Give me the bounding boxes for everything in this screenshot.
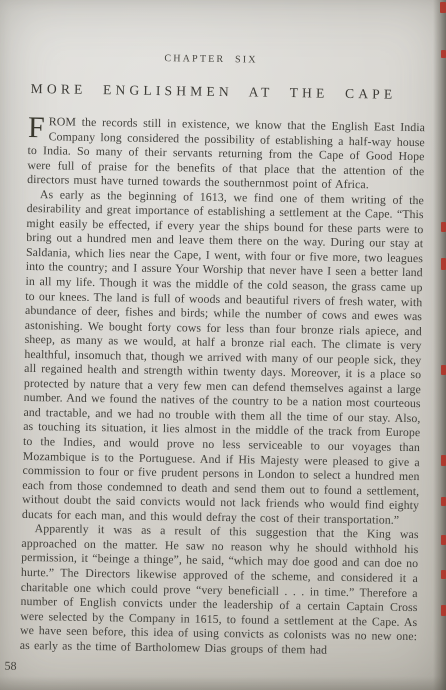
red-edge-mark bbox=[441, 365, 446, 375]
paragraph: As early as the beginning of 1613, we fi… bbox=[22, 187, 424, 528]
chapter-heading: CHAPTER SIX bbox=[0, 50, 423, 69]
red-edge-mark bbox=[441, 258, 446, 270]
book-page-photo: CHAPTER SIX MORE ENGLISHMEN AT THE CAPE … bbox=[0, 0, 446, 690]
red-edge-mark bbox=[441, 50, 446, 58]
body-text: FROM the records still in existence, we … bbox=[20, 114, 425, 658]
red-edge-mark bbox=[441, 570, 446, 579]
paragraph: Apparently it was as a result of this su… bbox=[20, 521, 419, 658]
red-edge-mark bbox=[441, 497, 446, 506]
page-number: 58 bbox=[4, 659, 16, 674]
page-title: MORE ENGLISHMEN AT THE CAPE bbox=[0, 80, 429, 103]
paragraph: FROM the records still in existence, we … bbox=[27, 114, 425, 193]
page-content: CHAPTER SIX MORE ENGLISHMEN AT THE CAPE … bbox=[0, 0, 446, 690]
red-edge-mark bbox=[441, 222, 446, 232]
red-edge-mark bbox=[441, 455, 446, 466]
red-edge-mark bbox=[441, 535, 446, 545]
drop-cap: F bbox=[28, 114, 49, 140]
red-edge-mark bbox=[440, 2, 446, 13]
red-edge-mark bbox=[441, 605, 446, 616]
